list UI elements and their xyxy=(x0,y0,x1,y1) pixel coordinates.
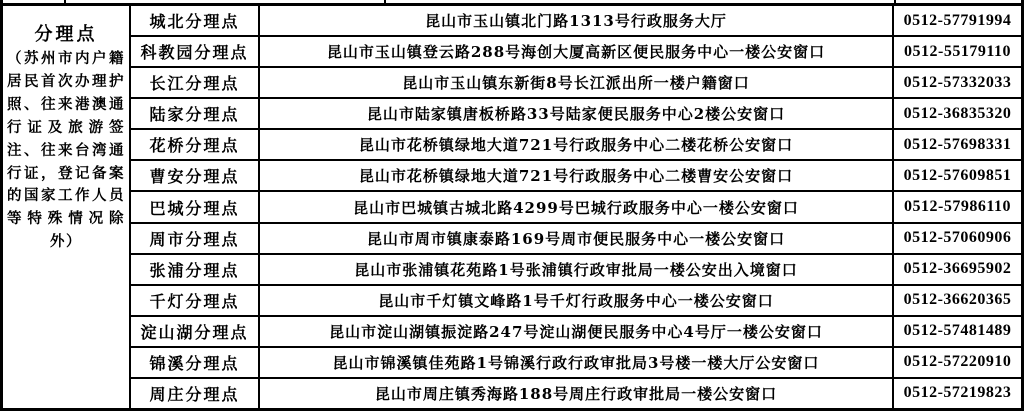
branch-name-cell: 周庄分理点 xyxy=(131,379,260,408)
branch-phone-cell: 0512-57609851 xyxy=(894,161,1021,190)
branch-address-cell: 昆山市花桥镇绿地大道721号行政服务中心二楼花桥公安窗口 xyxy=(260,130,894,159)
branch-address-cell: 昆山市淀山湖镇振淀路247号淀山湖便民服务中心4号厅一楼公安窗口 xyxy=(260,317,894,346)
branch-name-cell: 陆家分理点 xyxy=(131,99,260,128)
table-row: 巴城分理点 昆山市巴城镇古城北路4299号巴城行政服务中心一楼公安窗口 0512… xyxy=(131,192,1021,223)
branch-name-cell: 张浦分理点 xyxy=(131,255,260,284)
table-row: 张浦分理点 昆山市张浦镇花苑路1号张浦镇行政审批局一楼公安出入境窗口 0512-… xyxy=(131,255,1021,286)
table-row: 周庄分理点 昆山市周庄镇秀海路188号周庄行政审批局一楼公安窗口 0512-57… xyxy=(131,379,1021,408)
branch-address-cell: 昆山市玉山镇北门路1313号行政服务大厅 xyxy=(260,6,894,35)
table-row: 锦溪分理点 昆山市锦溪镇佳苑路1号锦溪行政行政审批局3号楼一楼大厅公安窗口 05… xyxy=(131,348,1021,379)
branch-name-cell: 曹安分理点 xyxy=(131,161,260,190)
branch-rows: 城北分理点 昆山市玉山镇北门路1313号行政服务大厅 0512-57791994… xyxy=(131,6,1021,408)
column-divider xyxy=(894,0,896,6)
table-top-partial-row xyxy=(0,0,1024,6)
table-row: 曹安分理点 昆山市花桥镇绿地大道721号行政服务中心二楼曹安公安窗口 0512-… xyxy=(131,161,1021,192)
branch-office-table: 分理点 （苏州市内户籍居民首次办理护照、往来港澳通行证及旅游签注、往来台湾通行证… xyxy=(0,6,1024,411)
branch-address-cell: 昆山市陆家镇唐板桥路33号陆家便民服务中心2楼公安窗口 xyxy=(260,99,894,128)
table-row: 陆家分理点 昆山市陆家镇唐板桥路33号陆家便民服务中心2楼公安窗口 0512-3… xyxy=(131,99,1021,130)
table-row: 周市分理点 昆山市周市镇康泰路169号周市便民服务中心一楼公安窗口 0512-5… xyxy=(131,224,1021,255)
branch-name-cell: 城北分理点 xyxy=(131,6,260,35)
branch-address-cell: 昆山市张浦镇花苑路1号张浦镇行政审批局一楼公安出入境窗口 xyxy=(260,255,894,284)
table-row: 长江分理点 昆山市玉山镇东新街8号长江派出所一楼户籍窗口 0512-573320… xyxy=(131,68,1021,99)
branch-phone-cell: 0512-57791994 xyxy=(894,6,1021,35)
scanned-table-page: 分理点 （苏州市内户籍居民首次办理护照、往来港澳通行证及旅游签注、往来台湾通行证… xyxy=(0,0,1024,414)
branch-name-cell: 周市分理点 xyxy=(131,224,260,253)
category-cell: 分理点 （苏州市内户籍居民首次办理护照、往来港澳通行证及旅游签注、往来台湾通行证… xyxy=(3,6,131,408)
branch-phone-cell: 0512-57481489 xyxy=(894,317,1021,346)
table-row: 花桥分理点 昆山市花桥镇绿地大道721号行政服务中心二楼花桥公安窗口 0512-… xyxy=(131,130,1021,161)
column-divider xyxy=(384,0,386,6)
branch-phone-cell: 0512-57219823 xyxy=(894,379,1021,408)
branch-address-cell: 昆山市千灯镇文峰路1号千灯行政服务中心一楼公安窗口 xyxy=(260,286,894,315)
branch-phone-cell: 0512-57332033 xyxy=(894,68,1021,97)
branch-name-cell: 淀山湖分理点 xyxy=(131,317,260,346)
branch-address-cell: 昆山市花桥镇绿地大道721号行政服务中心二楼曹安公安窗口 xyxy=(260,161,894,190)
branch-name-cell: 长江分理点 xyxy=(131,68,260,97)
branch-address-cell: 昆山市周庄镇秀海路188号周庄行政审批局一楼公安窗口 xyxy=(260,379,894,408)
branch-phone-cell: 0512-55179110 xyxy=(894,37,1021,66)
branch-phone-cell: 0512-57220910 xyxy=(894,348,1021,377)
branch-phone-cell: 0512-57060906 xyxy=(894,224,1021,253)
category-title: 分理点 xyxy=(7,20,125,46)
branch-name-cell: 锦溪分理点 xyxy=(131,348,260,377)
branch-address-cell: 昆山市玉山镇东新街8号长江派出所一楼户籍窗口 xyxy=(260,68,894,97)
branch-address-cell: 昆山市玉山镇登云路288号海创大厦高新区便民服务中心一楼公安窗口 xyxy=(260,37,894,66)
category-note: （苏州市内户籍居民首次办理护照、往来港澳通行证及旅游签注、往来台湾通行证，登记备… xyxy=(7,48,125,254)
branch-name-cell: 科教园分理点 xyxy=(131,37,260,66)
branch-phone-cell: 0512-36835320 xyxy=(894,99,1021,128)
table-row: 千灯分理点 昆山市千灯镇文峰路1号千灯行政服务中心一楼公安窗口 0512-366… xyxy=(131,286,1021,317)
branch-address-cell: 昆山市周市镇康泰路169号周市便民服务中心一楼公安窗口 xyxy=(260,224,894,253)
branch-phone-cell: 0512-36620365 xyxy=(894,286,1021,315)
branch-phone-cell: 0512-57986110 xyxy=(894,192,1021,221)
column-divider xyxy=(64,0,66,6)
table-row: 城北分理点 昆山市玉山镇北门路1313号行政服务大厅 0512-57791994 xyxy=(131,6,1021,37)
table-row: 科教园分理点 昆山市玉山镇登云路288号海创大厦高新区便民服务中心一楼公安窗口 … xyxy=(131,37,1021,68)
branch-address-cell: 昆山市巴城镇古城北路4299号巴城行政服务中心一楼公安窗口 xyxy=(260,192,894,221)
branch-phone-cell: 0512-36695902 xyxy=(894,255,1021,284)
table-row: 淀山湖分理点 昆山市淀山湖镇振淀路247号淀山湖便民服务中心4号厅一楼公安窗口 … xyxy=(131,317,1021,348)
branch-name-cell: 花桥分理点 xyxy=(131,130,260,159)
branch-address-cell: 昆山市锦溪镇佳苑路1号锦溪行政行政审批局3号楼一楼大厅公安窗口 xyxy=(260,348,894,377)
branch-phone-cell: 0512-57698331 xyxy=(894,130,1021,159)
branch-name-cell: 巴城分理点 xyxy=(131,192,260,221)
branch-name-cell: 千灯分理点 xyxy=(131,286,260,315)
